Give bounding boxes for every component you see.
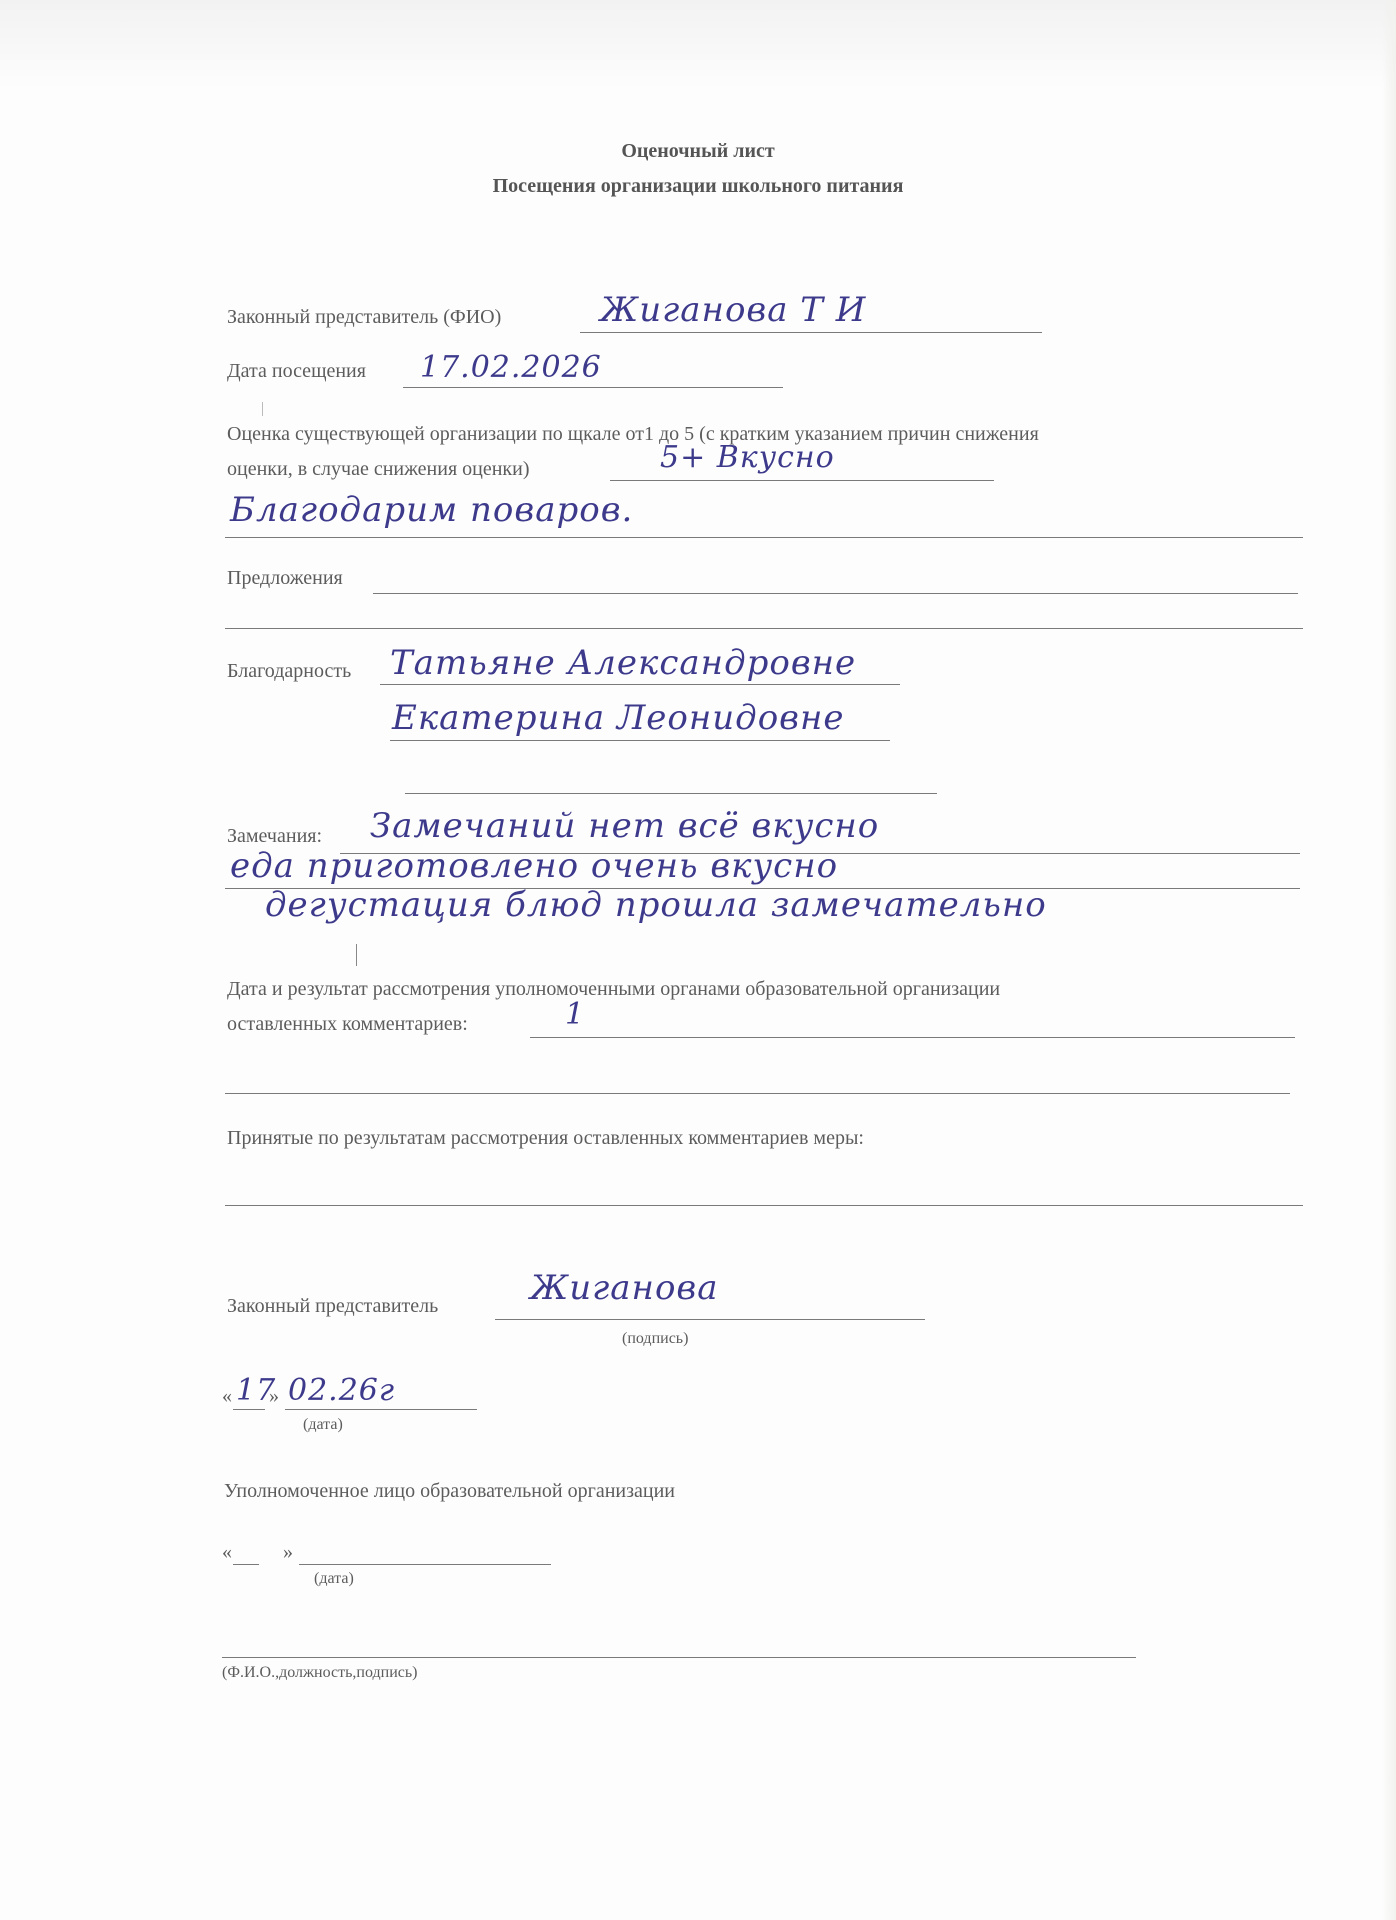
- rep-date-caption: (дата): [303, 1416, 343, 1434]
- auth-date-day-field[interactable]: [233, 1564, 259, 1565]
- document-title: Оценочный лист: [0, 140, 1396, 163]
- rating-field[interactable]: [610, 480, 994, 481]
- authorized-person-label: Уполномоченное лицо образовательной орга…: [224, 1480, 675, 1503]
- review-field[interactable]: [530, 1037, 1295, 1038]
- visit-date-value: 17.02.2026: [420, 350, 602, 385]
- visit-date-label: Дата посещения: [227, 360, 366, 383]
- representative-signature-value: Жиганова: [530, 1268, 718, 1308]
- scan-speck: [356, 944, 357, 966]
- measures-label: Принятые по результатам рассмотрения ост…: [227, 1127, 864, 1150]
- representative-fio-label: Законный представитель (ФИО): [227, 306, 501, 329]
- gratitude-field-line3[interactable]: [405, 793, 937, 794]
- remarks-value-line3: дегустация блюд прошла замечательно: [265, 885, 1047, 925]
- auth-date-month-year-field[interactable]: [299, 1564, 551, 1565]
- review-value: 1: [565, 997, 585, 1032]
- scan-speck: [262, 402, 263, 416]
- scan-shadow-top: [0, 0, 1396, 90]
- rep-date-rest-value: 02.26г: [288, 1373, 395, 1408]
- gratitude-value-line1: Татьяне Александровне: [390, 643, 856, 683]
- auth-fio-caption: (Ф.И.О.,должность,подпись): [222, 1664, 418, 1682]
- rating-label-line1: Оценка существующей организации по щкале…: [227, 423, 1039, 446]
- remarks-label: Замечания:: [227, 825, 322, 848]
- rep-date-close-quote: »: [269, 1385, 279, 1408]
- rating-continuation-field[interactable]: [225, 537, 1303, 538]
- auth-date-open-quote: «: [222, 1541, 232, 1564]
- representative-signature-field[interactable]: [495, 1319, 925, 1320]
- review-label-line1: Дата и результат рассмотрения уполномоче…: [227, 978, 1000, 1001]
- signature-caption: (подпись): [622, 1330, 688, 1348]
- scan-shadow-right: [1382, 0, 1396, 1920]
- representative-fio-value: Жиганова Т И: [600, 290, 866, 330]
- rating-label-line2: оценки, в случае снижения оценки): [227, 458, 530, 481]
- suggestions-label: Предложения: [227, 567, 343, 590]
- rep-date-month-year-field[interactable]: [285, 1409, 477, 1410]
- gratitude-field-line2[interactable]: [390, 740, 890, 741]
- visit-date-field[interactable]: [403, 387, 783, 388]
- review-field-line2[interactable]: [225, 1093, 1290, 1094]
- review-label-line2: оставленных комментариев:: [227, 1013, 468, 1036]
- rating-value: 5+ Вкусно: [660, 440, 835, 475]
- measures-field[interactable]: [225, 1205, 1303, 1206]
- gratitude-field[interactable]: [380, 684, 900, 685]
- suggestions-field-line2[interactable]: [225, 628, 1303, 629]
- remarks-value-line2: еда приготовлено очень вкусно: [230, 846, 838, 886]
- rating-continuation-value: Благодарим поваров.: [230, 490, 633, 530]
- representative-signature-label: Законный представитель: [227, 1295, 438, 1318]
- remarks-value-line1: Замечаний нет всё вкусно: [370, 806, 879, 846]
- gratitude-value-line2: Екатерина Леонидовне: [392, 698, 844, 738]
- rep-date-open-quote: «: [222, 1385, 232, 1408]
- suggestions-field[interactable]: [373, 593, 1298, 594]
- rep-date-day-field[interactable]: [233, 1409, 265, 1410]
- representative-fio-field[interactable]: [580, 332, 1042, 333]
- auth-fio-signature-field[interactable]: [222, 1657, 1136, 1658]
- document-subtitle: Посещения организации школьного питания: [0, 175, 1396, 198]
- gratitude-label: Благодарность: [227, 660, 351, 683]
- auth-date-close-quote: »: [283, 1541, 293, 1564]
- auth-date-caption: (дата): [314, 1570, 354, 1588]
